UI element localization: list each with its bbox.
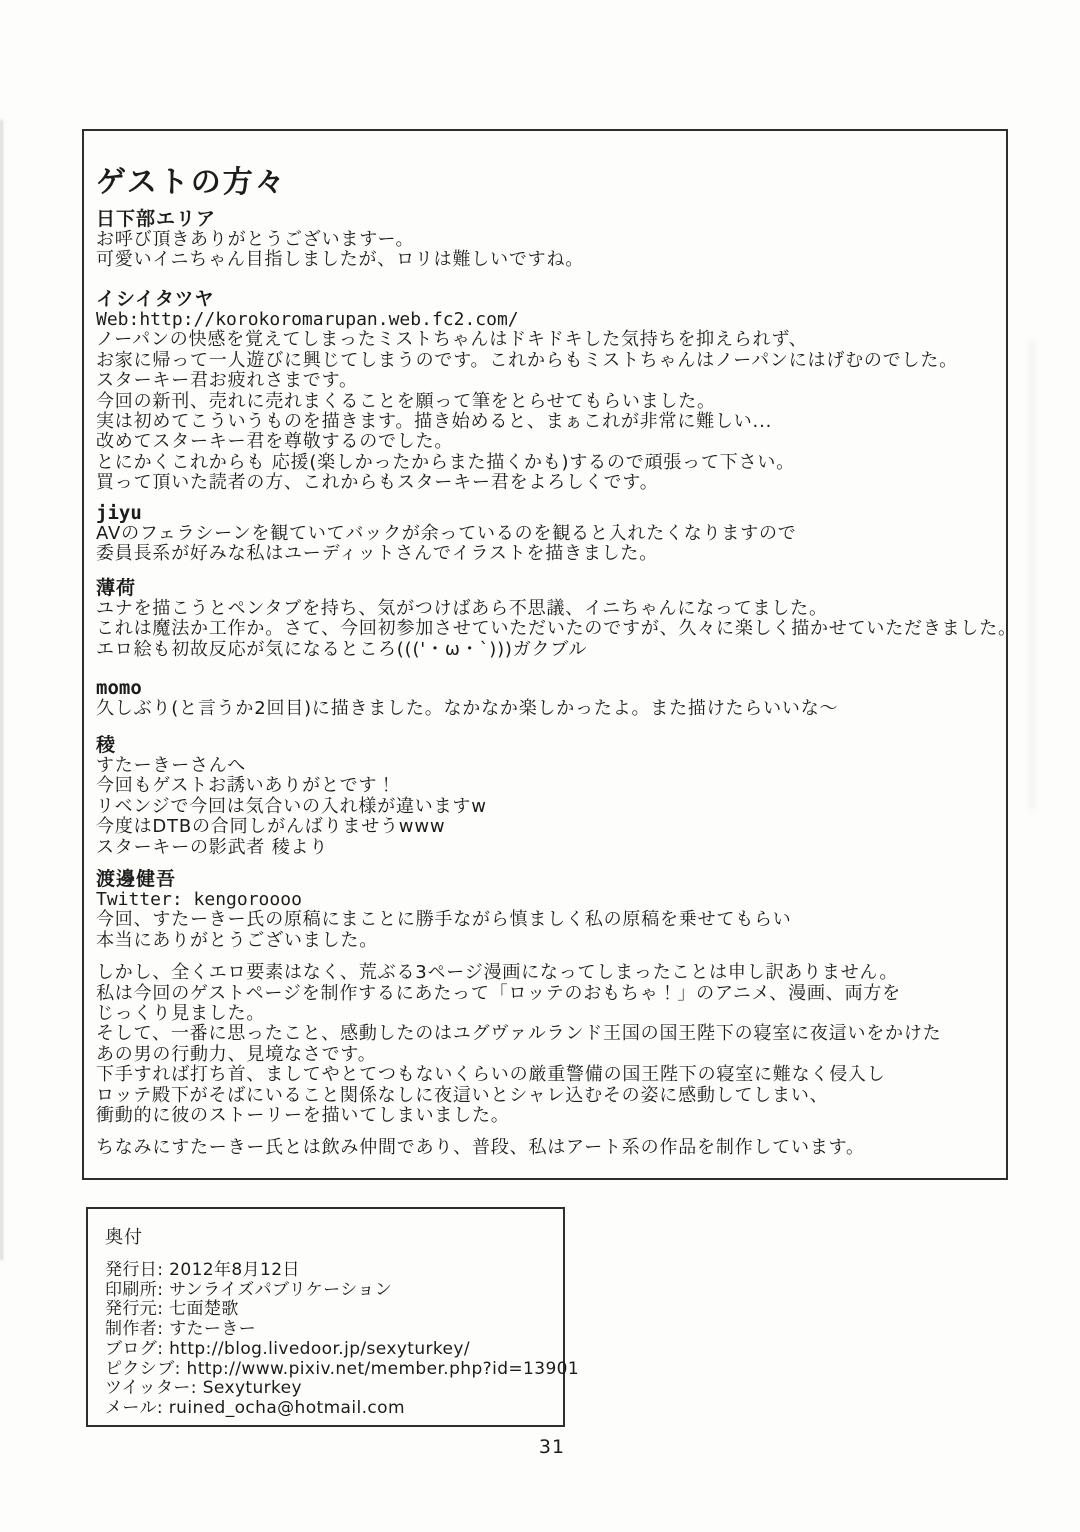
- guest-comment-line: Web:http://korokoromarupan.web.fc2.com/: [96, 310, 1000, 330]
- guest-comment-line: スターキー君お疲れさまです。: [96, 371, 1000, 391]
- guest-entry: jiyuAVのフェラシーンを観ていてバックが余っているのを観ると入れたくなります…: [96, 502, 1000, 565]
- guest-name: 薄荷: [96, 577, 1000, 599]
- guest-comment-line: Twitter: kengoroooo: [96, 890, 1000, 910]
- guest-comment-line: 今回の新刊、売れに売れまくることを願って筆をとらせてもらいました。: [96, 392, 1000, 412]
- guest-comment-line: すたーきーさんへ: [96, 756, 1000, 776]
- guest-entry: 薄荷ユナを描こうとペンタブを持ち、気がつけばあら不思議、イニちゃんになってました…: [96, 577, 1000, 660]
- colophon-row: ツイッター: Sexyturkey: [105, 1379, 559, 1399]
- guest-entry: momo久しぶり(と言うか2回目)に描きました。なかなか楽しかったよ。また描けた…: [96, 677, 1000, 719]
- colophon-title: 奥付: [105, 1223, 143, 1249]
- guest-comment-line: 本当にありがとうございました。: [96, 931, 1000, 951]
- colophon-row: 発行日: 2012年8月12日: [105, 1261, 559, 1281]
- guest-comment-line: そして、一番に思ったこと、感動したのはユグヴァルランド王国の国王陛下の寝室に夜這…: [96, 1024, 1000, 1044]
- guest-name: 日下部エリア: [96, 208, 1000, 230]
- guest-entry: 日下部エリアお呼び頂きありがとうございますー。可愛いイニちゃん目指しましたが、ロ…: [96, 208, 1000, 271]
- colophon-row: 印刷所: サンライズパブリケーション: [105, 1281, 559, 1301]
- guest-entry: イシイタツヤWeb:http://korokoromarupan.web.fc2…: [96, 288, 1000, 494]
- guest-comment-line: しかし、全くエロ要素はなく、荒ぶる3ページ漫画になってしまったことは申し訳ありま…: [96, 963, 1000, 983]
- guest-comment-line: お家に帰って一人遊びに興じてしまうのです。これからもミストちゃんはノーパンにはげ…: [96, 351, 1000, 371]
- guest-comment-line: リベンジで今回は気合いの入れ様が違いますw: [96, 797, 1000, 817]
- guest-comment-line: 衝動的に彼のストーリーを描いてしまいました。: [96, 1106, 1000, 1126]
- guest-comment-line: とにかくこれからも 応援(楽しかったからまた描くかも)するので頑張って下さい。: [96, 453, 1000, 473]
- scan-edge-shadow: [0, 120, 3, 1260]
- guest-comments-panel: ゲストの方々 日下部エリアお呼び頂きありがとうございますー。可愛いイニちゃん目指…: [82, 129, 1008, 1180]
- guest-name: momo: [96, 677, 1000, 699]
- guest-comment-line: ちなみにすたーきー氏とは飲み仲間であり、普段、私はアート系の作品を制作しています…: [96, 1138, 1000, 1158]
- guest-comment-line: 可愛いイニちゃん目指しましたが、ロリは難しいですね。: [96, 250, 1000, 270]
- guest-comment-line: 今度はDTBの合同しがんばりませうwww: [96, 817, 1000, 837]
- guest-comment-line: これは魔法か工作か。さて、今回初参加させていただいたのですが、久々に楽しく描かせ…: [96, 619, 1000, 639]
- guest-comment-line: お呼び頂きありがとうございますー。: [96, 230, 1000, 250]
- page-number: 31: [522, 1436, 582, 1458]
- guest-comment-line: スターキーの影武者 稜より: [96, 838, 1000, 858]
- guest-comment-line: 今回もゲストお誘いありがとです！: [96, 776, 1000, 796]
- page-title: ゲストの方々: [96, 157, 287, 201]
- guest-comment-line: ロッテ殿下がそばにいること関係なしに夜這いとシャレ込むその姿に感動してしまい、: [96, 1086, 1000, 1106]
- guest-comment-line: あの男の行動力、見境なさです。: [96, 1045, 1000, 1065]
- guest-comment-line: ユナを描こうとペンタブを持ち、気がつけばあら不思議、イニちゃんになってました。: [96, 599, 1000, 619]
- guest-comment-line: 委員長系が好みな私はユーディットさんでイラストを描きました。: [96, 544, 1000, 564]
- scanned-doujinshi-page: ゲストの方々 日下部エリアお呼び頂きありがとうございますー。可愛いイニちゃん目指…: [0, 0, 1080, 1532]
- guest-name: 稜: [96, 734, 1000, 756]
- guest-comment-line: AVのフェラシーンを観ていてバックが余っているのを観ると入れたくなりますので: [96, 524, 1000, 544]
- scan-smudge: [1028, 340, 1036, 810]
- guest-comment-line: エロ絵も初故反応が気になるところ((('・ω・`)))ガクブル: [96, 640, 1000, 660]
- guest-comment-line: 下手すれば打ち首、ましてやとてつもないくらいの厳重警備の国王陛下の寝室に難なく侵…: [96, 1065, 1000, 1085]
- colophon-panel: 奥付 発行日: 2012年8月12日印刷所: サンライズパブリケーション発行元:…: [86, 1207, 565, 1427]
- guest-name: イシイタツヤ: [96, 288, 1000, 310]
- colophon-row: 制作者: すたーきー: [105, 1320, 559, 1340]
- guest-entry: 渡邊健吾Twitter: kengoroooo今回、すたーきー氏の原稿にまことに…: [96, 868, 1000, 1159]
- colophon-row: ブログ: http://blog.livedoor.jp/sexyturkey/: [105, 1340, 559, 1360]
- colophon-rows: 発行日: 2012年8月12日印刷所: サンライズパブリケーション発行元: 七面…: [105, 1261, 559, 1419]
- colophon-row: ピクシブ: http://www.pixiv.net/member.php?id…: [105, 1360, 559, 1380]
- guest-entry: 稜すたーきーさんへ今回もゲストお誘いありがとです！リベンジで今回は気合いの入れ様…: [96, 734, 1000, 858]
- guest-comment-line: 今回、すたーきー氏の原稿にまことに勝手ながら慎ましく私の原稿を乗せてもらい: [96, 910, 1000, 930]
- guest-comment-line: 私は今回のゲストページを制作するにあたって「ロッテのおもちゃ！」のアニメ、漫画、…: [96, 984, 1000, 1004]
- colophon-row: 発行元: 七面楚歌: [105, 1300, 559, 1320]
- guest-name: 渡邊健吾: [96, 868, 1000, 890]
- guest-comment-line: 久しぶり(と言うか2回目)に描きました。なかなか楽しかったよ。また描けたらいいな…: [96, 699, 1000, 719]
- colophon-row: メール: ruined_ocha@hotmail.com: [105, 1399, 559, 1419]
- guest-name: jiyu: [96, 502, 1000, 524]
- guest-comment-line: ノーパンの快感を覚えてしまったミストちゃんはドキドキした気持ちを抑えられず、: [96, 330, 1000, 350]
- guest-comment-line: 実は初めてこういうものを描きます。描き始めると、まぁこれが非常に難しい...: [96, 412, 1000, 432]
- guest-comment-line: 買って頂いた読者の方、これからもスターキー君をよろしくです。: [96, 473, 1000, 493]
- guest-comment-line: 改めてスターキー君を尊敬するのでした。: [96, 432, 1000, 452]
- guest-comment-line: じっくり見ました。: [96, 1004, 1000, 1024]
